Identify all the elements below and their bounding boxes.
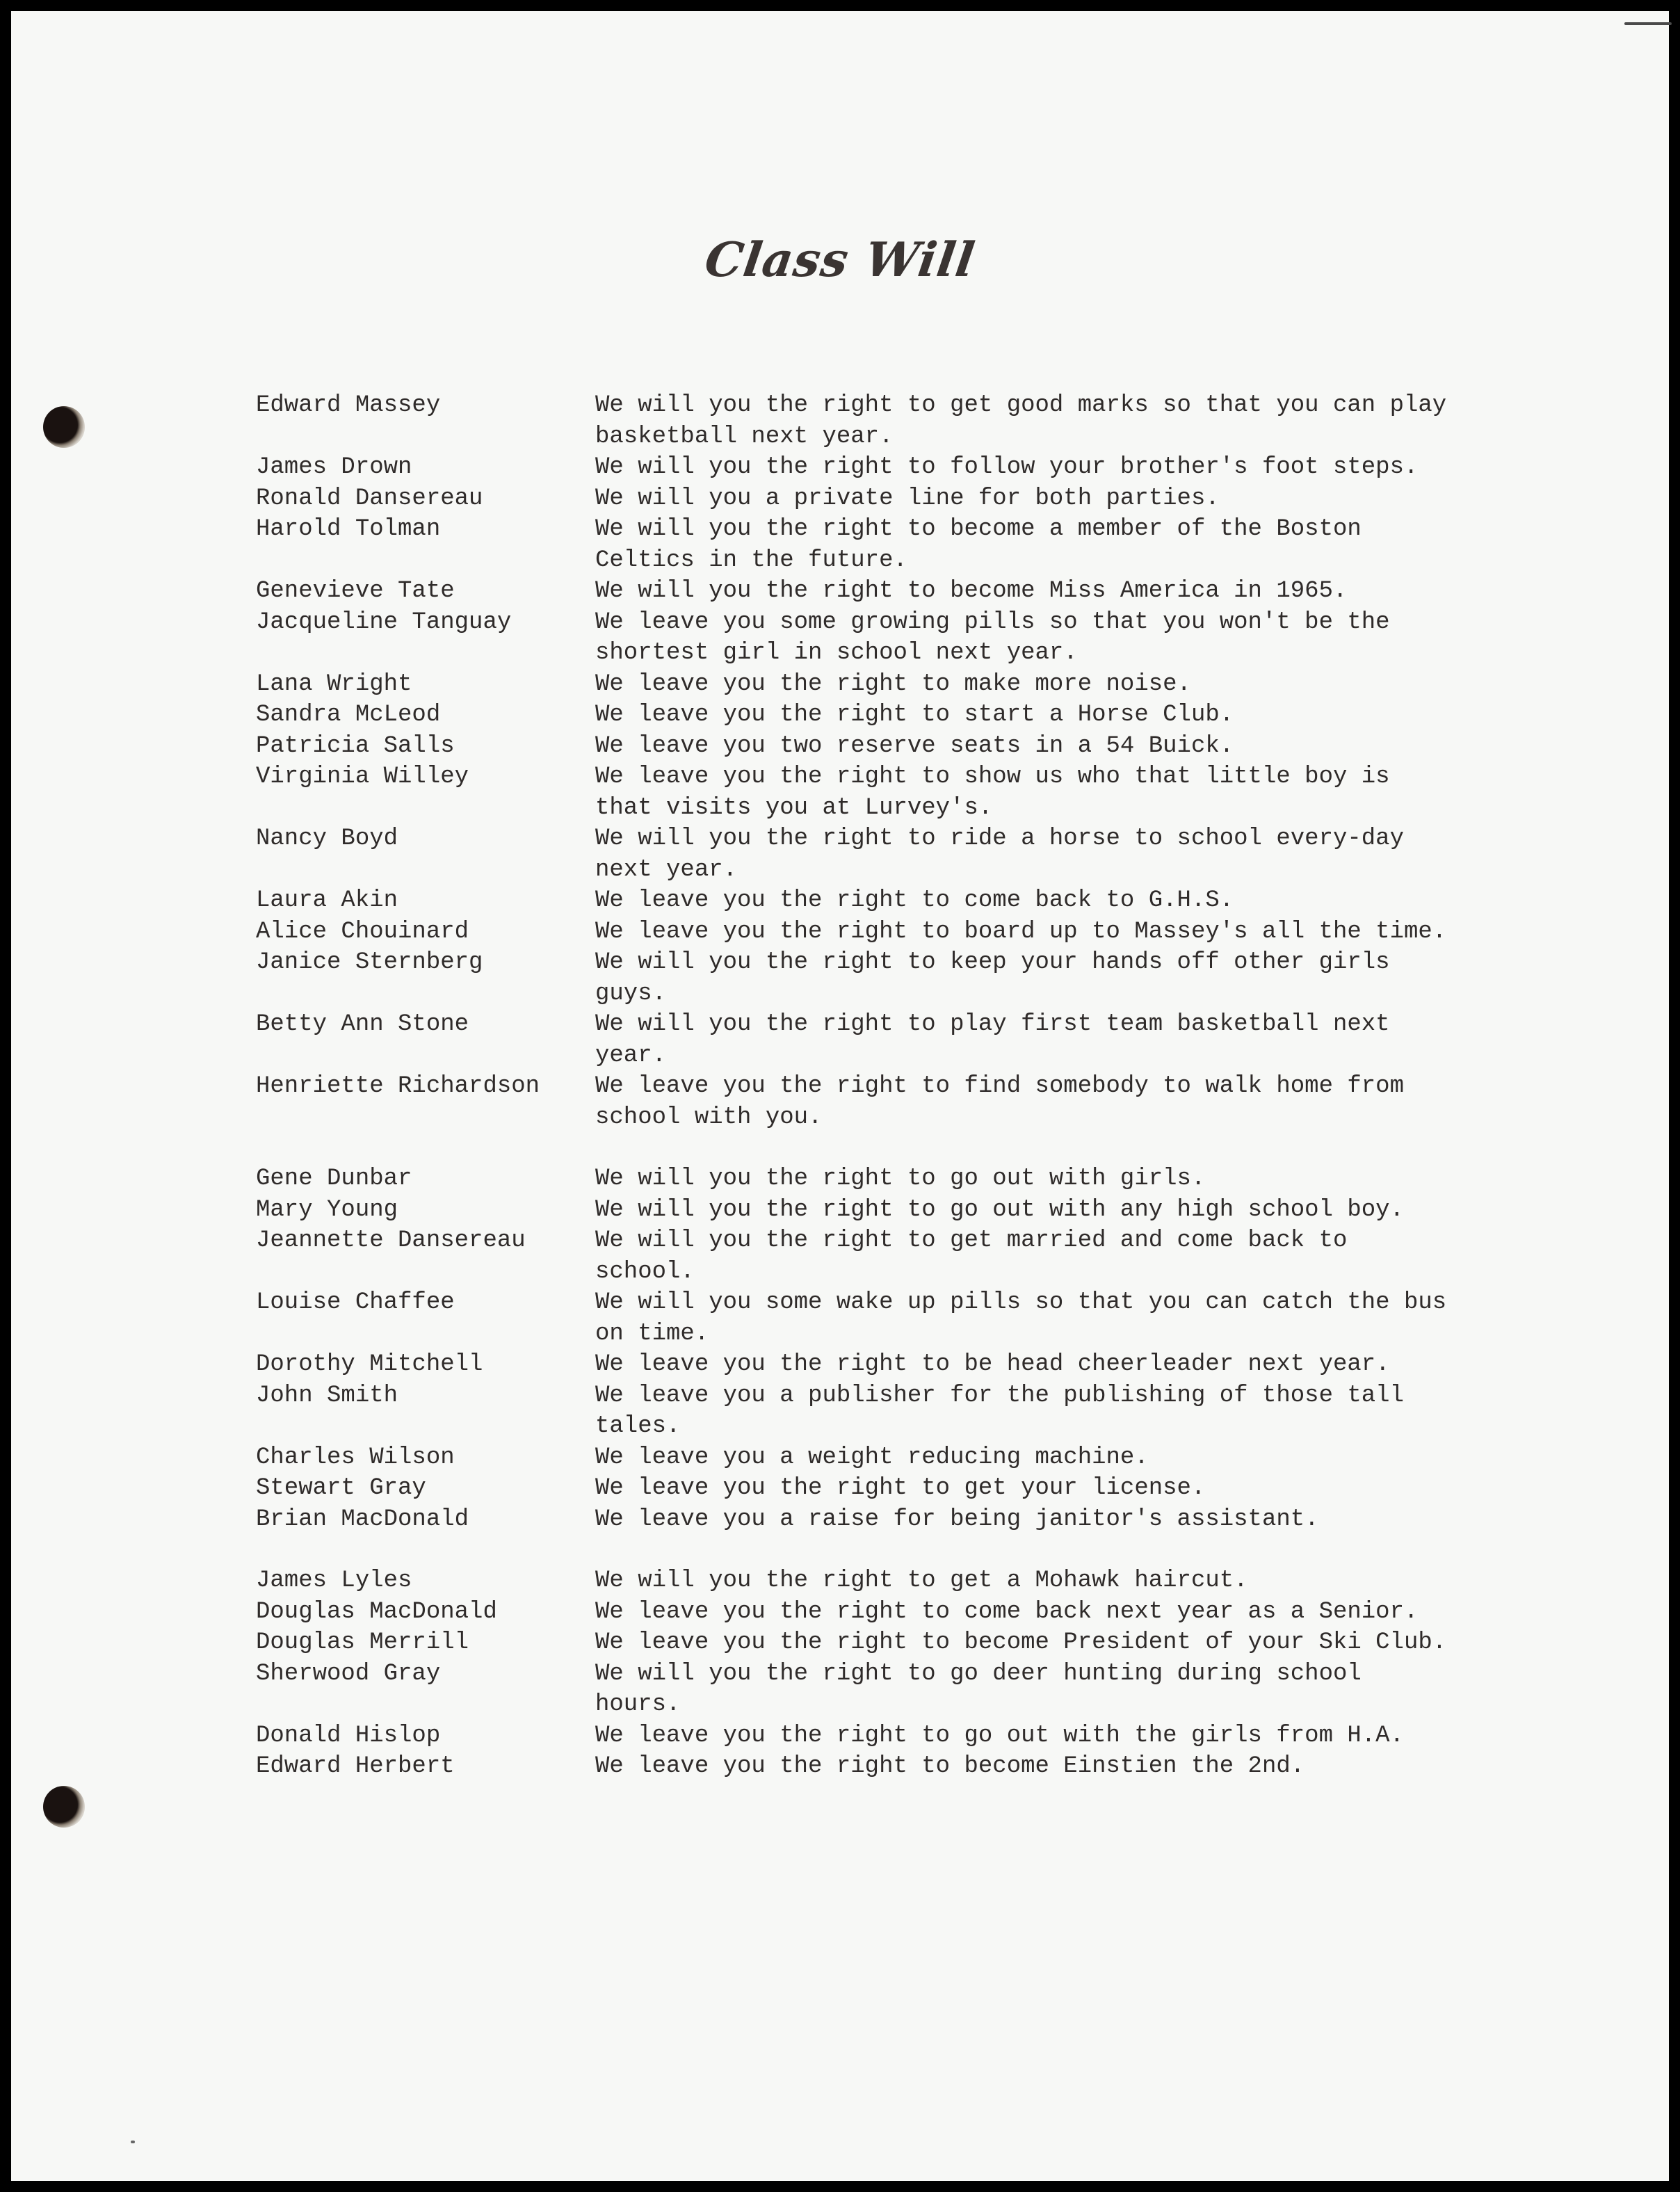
will-entry: Patricia SallsWe leave you two reserve s… [256, 731, 1480, 762]
will-entry: Nancy BoydWe will you the right to ride … [256, 823, 1480, 885]
student-name: Ronald Dansereau [256, 483, 595, 515]
student-name: Sandra McLeod [256, 700, 595, 731]
bequest-text: We will you the right to become Miss Ame… [595, 576, 1451, 607]
will-entry: Mary YoungWe will you the right to go ou… [256, 1195, 1480, 1226]
student-name: Edward Herbert [256, 1751, 595, 1782]
bequest-text: We will you the right to go out with any… [595, 1195, 1451, 1226]
will-entry: Janice SternbergWe will you the right to… [256, 947, 1480, 1009]
will-entry: Dorothy MitchellWe leave you the right t… [256, 1349, 1480, 1380]
student-name: Brian MacDonald [256, 1504, 595, 1536]
will-entry: Betty Ann StoneWe will you the right to … [256, 1009, 1480, 1071]
bequest-text: We will you the right to ride a horse to… [595, 823, 1451, 885]
student-name: Janice Sternberg [256, 947, 595, 978]
bequest-text: We leave you the right to come back to G… [595, 885, 1451, 917]
will-entry: Genevieve TateWe will you the right to b… [256, 576, 1480, 607]
student-name: Lana Wright [256, 669, 595, 700]
bequest-text: We leave you a publisher for the publish… [595, 1380, 1451, 1442]
bequest-text: We leave you the right to show us who th… [595, 761, 1451, 823]
class-will-list: Edward MasseyWe will you the right to ge… [256, 390, 1480, 1782]
punch-hole-top [43, 406, 85, 448]
student-name: Edward Massey [256, 390, 595, 421]
bequest-text: We leave you the right to get your licen… [595, 1473, 1451, 1504]
student-name: Henriette Richardson [256, 1071, 595, 1102]
will-entry: Douglas MacDonaldWe leave you the right … [256, 1597, 1480, 1628]
will-entry: Gene DunbarWe will you the right to go o… [256, 1163, 1480, 1195]
student-name: John Smith [256, 1380, 595, 1412]
student-name: Genevieve Tate [256, 576, 595, 607]
student-name: Douglas MacDonald [256, 1597, 595, 1628]
student-name: James Drown [256, 452, 595, 483]
student-name: Jeannette Dansereau [256, 1225, 595, 1257]
will-entry: Douglas MerrillWe leave you the right to… [256, 1627, 1480, 1659]
bequest-text: We will you the right to get married and… [595, 1225, 1451, 1287]
bequest-text: We leave you the right to make more nois… [595, 669, 1451, 700]
will-entry: Jacqueline TanguayWe leave you some grow… [256, 607, 1480, 669]
student-name: Charles Wilson [256, 1442, 595, 1474]
student-name: Stewart Gray [256, 1473, 595, 1504]
will-entry: Laura AkinWe leave you the right to come… [256, 885, 1480, 917]
bequest-text: We leave you the right to start a Horse … [595, 700, 1451, 731]
bequest-text: We will you some wake up pills so that y… [595, 1287, 1451, 1349]
student-name: Virginia Willey [256, 761, 595, 793]
bequest-text: We will you the right to become a member… [595, 514, 1451, 576]
student-name: Douglas Merrill [256, 1627, 595, 1659]
will-entry: Stewart GrayWe leave you the right to ge… [256, 1473, 1480, 1504]
bequest-text: We leave you the right to be head cheerl… [595, 1349, 1451, 1380]
will-entry: James LylesWe will you the right to get … [256, 1565, 1480, 1597]
bequest-text: We will you the right to play first team… [595, 1009, 1451, 1071]
will-entry: Brian MacDonaldWe leave you a raise for … [256, 1504, 1480, 1536]
bequest-text: We will you the right to get good marks … [595, 390, 1451, 452]
student-name: Donald Hislop [256, 1720, 595, 1752]
bequest-text: We will you the right to get a Mohawk ha… [595, 1565, 1451, 1597]
will-entry: Henriette RichardsonWe leave you the rig… [256, 1071, 1480, 1133]
will-entry: Lana WrightWe leave you the right to mak… [256, 669, 1480, 700]
punch-hole-bottom [43, 1786, 85, 1828]
bequest-text: We leave you some growing pills so that … [595, 607, 1451, 669]
student-name: Alice Chouinard [256, 917, 595, 948]
will-entry: Sandra McLeodWe leave you the right to s… [256, 700, 1480, 731]
bequest-text: We leave you the right to find somebody … [595, 1071, 1451, 1133]
student-name: James Lyles [256, 1565, 595, 1597]
will-entry: Edward MasseyWe will you the right to ge… [256, 390, 1480, 452]
bequest-text: We will you the right to go out with gir… [595, 1163, 1451, 1195]
bequest-text: We leave you the right to board up to Ma… [595, 917, 1451, 948]
will-entry: Virginia WilleyWe leave you the right to… [256, 761, 1480, 823]
bequest-text: We will you the right to go deer hunting… [595, 1659, 1451, 1720]
will-entry: Charles WilsonWe leave you a weight redu… [256, 1442, 1480, 1474]
bequest-text: We will you the right to follow your bro… [595, 452, 1451, 483]
will-entry: Jeannette DansereauWe will you the right… [256, 1225, 1480, 1287]
will-entry: Edward HerbertWe leave you the right to … [256, 1751, 1480, 1782]
document-page: Class Will Edward MasseyWe will you the … [11, 11, 1669, 2181]
bequest-text: We leave you a weight reducing machine. [595, 1442, 1451, 1474]
student-name: Harold Tolman [256, 514, 595, 545]
student-name: Nancy Boyd [256, 823, 595, 855]
bequest-text: We leave you the right to become Einstie… [595, 1751, 1451, 1782]
will-entry: Alice ChouinardWe leave you the right to… [256, 917, 1480, 948]
student-name: Louise Chaffee [256, 1287, 595, 1319]
paper-speck [131, 2141, 135, 2143]
student-name: Laura Akin [256, 885, 595, 917]
student-name: Sherwood Gray [256, 1659, 595, 1690]
will-entry: Donald HislopWe leave you the right to g… [256, 1720, 1480, 1752]
will-entry: James DrownWe will you the right to foll… [256, 452, 1480, 483]
bequest-text: We leave you two reserve seats in a 54 B… [595, 731, 1451, 762]
will-entry: Ronald DansereauWe will you a private li… [256, 483, 1480, 515]
pen-mark [1624, 22, 1672, 25]
bequest-text: We leave you a raise for being janitor's… [595, 1504, 1451, 1536]
bequest-text: We leave you the right to go out with th… [595, 1720, 1451, 1752]
bequest-text: We leave you the right to come back next… [595, 1597, 1451, 1628]
student-name: Mary Young [256, 1195, 595, 1226]
student-name: Jacqueline Tanguay [256, 607, 595, 638]
will-entry: Louise ChaffeeWe will you some wake up p… [256, 1287, 1480, 1349]
will-entry: Sherwood GrayWe will you the right to go… [256, 1659, 1480, 1720]
bequest-text: We leave you the right to become Preside… [595, 1627, 1451, 1659]
student-name: Patricia Salls [256, 731, 595, 762]
bequest-text: We will you the right to keep your hands… [595, 947, 1451, 1009]
student-name: Gene Dunbar [256, 1163, 595, 1195]
student-name: Betty Ann Stone [256, 1009, 595, 1040]
will-entry: Harold TolmanWe will you the right to be… [256, 514, 1480, 576]
will-entry: John SmithWe leave you a publisher for t… [256, 1380, 1480, 1442]
student-name: Dorothy Mitchell [256, 1349, 595, 1380]
page-title: Class Will [7, 232, 1672, 288]
bequest-text: We will you a private line for both part… [595, 483, 1451, 515]
